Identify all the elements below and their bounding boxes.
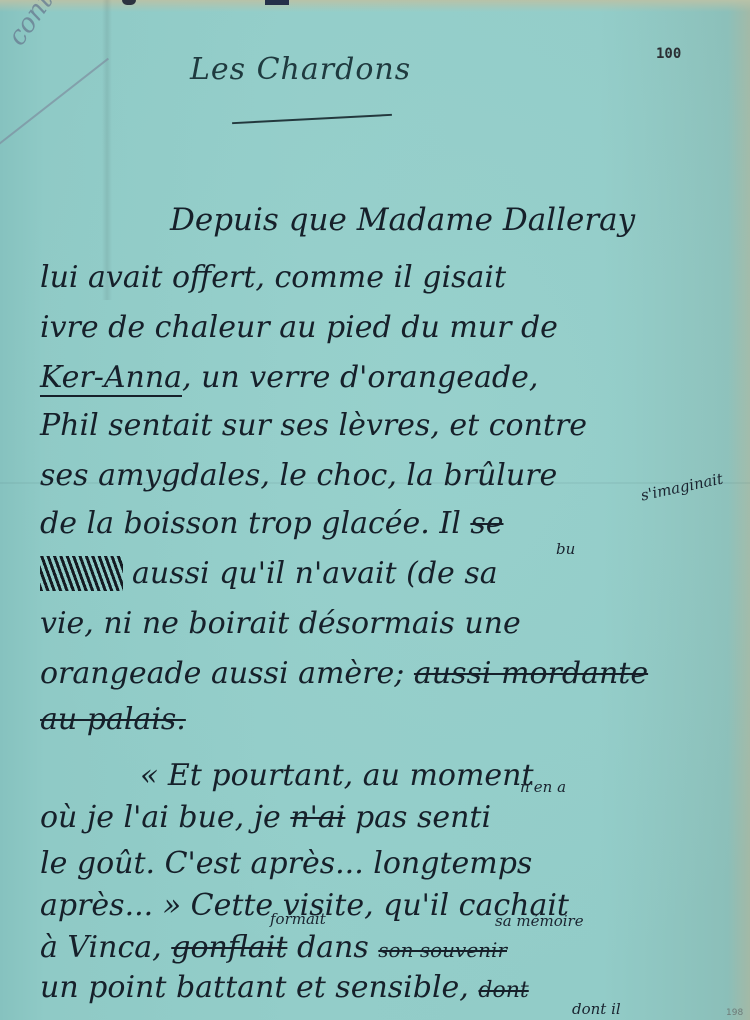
- line-text: où je l'ai bue, je: [40, 800, 281, 835]
- line-text: de la boisson trop glacée. Il: [40, 506, 461, 541]
- manuscript-line: à Vinca, gonflait dans son souvenir: [40, 930, 507, 965]
- manuscript-line: Ker-Anna, un verre d'orangeade,: [40, 360, 538, 395]
- manuscript-line: où je l'ai bue, je n'ai pas senti: [40, 800, 491, 835]
- line-text: orangeade aussi amère;: [40, 656, 404, 691]
- manuscript-line: ses amygdales, le choc, la brûlure: [40, 458, 557, 493]
- interlinear-insertion: sa mémoire: [495, 912, 584, 930]
- manuscript-line: jurait aussi qu'il n'avait (de sa: [40, 556, 498, 591]
- manuscript-line: de la boisson trop glacée. Il se: [40, 506, 504, 541]
- interlinear-insertion: dont il: [572, 1000, 621, 1018]
- line-text: dans: [297, 930, 369, 965]
- line-text: pas senti: [355, 800, 491, 835]
- line-text: un point battant et sensible,: [40, 970, 469, 1005]
- manuscript-line: orangeade aussi amère; aussi mordante: [40, 656, 648, 691]
- manuscript-line: Depuis que Madame Dalleray: [170, 202, 635, 238]
- manuscript-line: un point battant et sensible, dont: [40, 970, 529, 1005]
- binding-mark: [265, 0, 289, 5]
- page-top-edge: [0, 0, 750, 12]
- line-text: aussi qu'il n'avait (de sa: [132, 556, 498, 591]
- interlinear-insertion: bu: [556, 540, 575, 558]
- manuscript-line: Phil sentait sur ses lèvres, et contre: [40, 408, 587, 443]
- scribbled-out-word: jurait: [40, 556, 123, 591]
- manuscript-line: vie, ni ne boirait désormais une: [40, 606, 521, 641]
- line-text: , un verre d'orangeade,: [182, 360, 538, 395]
- struck-phrase: aussi mordante: [414, 656, 648, 691]
- corner-number: 198: [726, 1008, 743, 1018]
- line-text: à Vinca,: [40, 930, 162, 965]
- interlinear-insertion: s'imaginait: [639, 470, 725, 505]
- manuscript-line: au palais.: [40, 702, 186, 737]
- struck-word: se: [470, 506, 503, 541]
- page-number: 100: [656, 46, 681, 62]
- struck-phrase: son souvenir: [378, 938, 507, 962]
- underlined-place-name: Ker-Anna: [40, 360, 182, 397]
- title-underline: [232, 114, 392, 124]
- manuscript-page: conte 100 Les Chardons Depuis que Madame…: [0, 0, 750, 1020]
- manuscript-line: « Et pourtant, au moment: [140, 758, 534, 793]
- interlinear-insertion: formait: [270, 910, 326, 928]
- struck-phrase: au palais.: [40, 702, 186, 737]
- manuscript-line: ivre de chaleur au pied du mur de: [40, 310, 558, 345]
- struck-word: dont: [478, 978, 528, 1003]
- paper-fold: [102, 0, 112, 300]
- struck-word: n'ai: [290, 800, 345, 835]
- interlinear-insertion: n'en a: [520, 778, 566, 796]
- struck-word: gonflait: [171, 930, 287, 965]
- manuscript-line: le goût. C'est après... longtemps: [40, 846, 532, 881]
- manuscript-title: Les Chardons: [190, 52, 411, 87]
- margin-pencil-line: [0, 58, 109, 152]
- manuscript-line: lui avait offert, comme il gisait: [40, 260, 506, 295]
